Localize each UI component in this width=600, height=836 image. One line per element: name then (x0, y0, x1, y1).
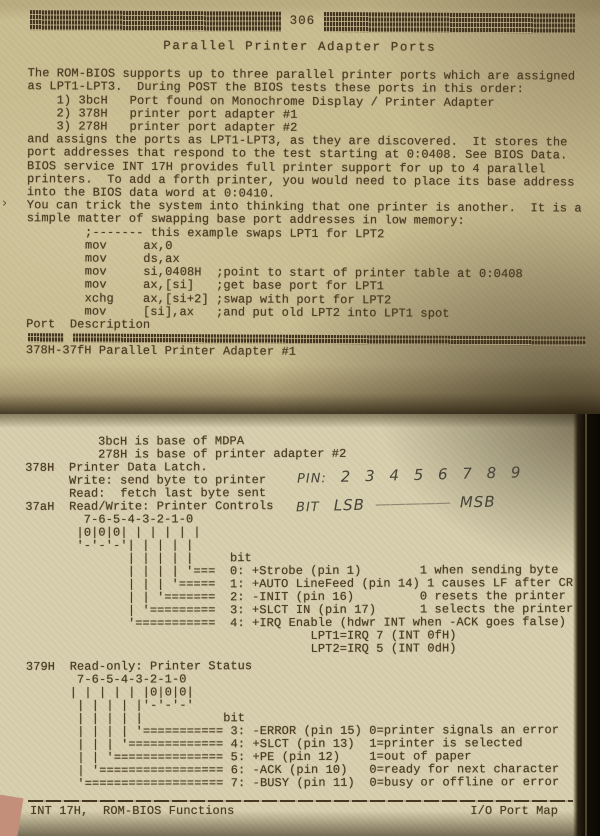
pencil-line: ————— (375, 493, 450, 514)
pin-label: PIN: (297, 471, 327, 487)
top-scan-region: 306 Parallel Printer Adapter Ports The R… (0, 0, 600, 414)
assembly-code-example: ;------- this example swaps LPT1 for LPT… (0, 226, 599, 322)
status-bit-diagram: 7-6-5-4-3-2-1-0 | | | | | |0|0|0| | | | … (26, 672, 600, 791)
scanned-book-page: 306 Parallel Printer Adapter Ports The R… (0, 0, 600, 836)
port-table-heading: Port Description (0, 318, 598, 335)
port-table-row: 378H-37fH Parallel Printer Adapter #1 (0, 344, 598, 361)
base-address-notes: 3bcH is base of MDPA 278H is base of pri… (25, 434, 600, 462)
separator-band-short (28, 333, 64, 342)
page-number: 306 (281, 15, 325, 28)
footer-rule (28, 800, 573, 802)
footer-right-text: I/O Port Map (470, 805, 558, 818)
page-edge-highlight (585, 414, 587, 836)
page-title: Parallel Printer Adapter Ports (0, 39, 600, 56)
bit-label: BIT (296, 500, 320, 516)
lsb-label: LSB (334, 496, 366, 515)
book-spine-shadow (573, 414, 600, 836)
top-separator: 306 (30, 10, 575, 33)
page-footer: INT 17H, ROM-BIOS Functions I/O Port Map (30, 805, 558, 818)
msb-label: MSB (460, 493, 496, 512)
separator-band-right (324, 12, 575, 34)
handwritten-margin-mark: › (2, 196, 7, 211)
separator-band-left (30, 10, 281, 32)
intro-paragraph: The ROM-BIOS supports up to three parall… (0, 67, 600, 229)
footer-left-text: INT 17H, ROM-BIOS Functions (30, 805, 234, 818)
controls-bit-diagram: 7-6-5-4-3-2-1-0 |0|0|0| | | | | | '-'-'-… (25, 512, 600, 657)
